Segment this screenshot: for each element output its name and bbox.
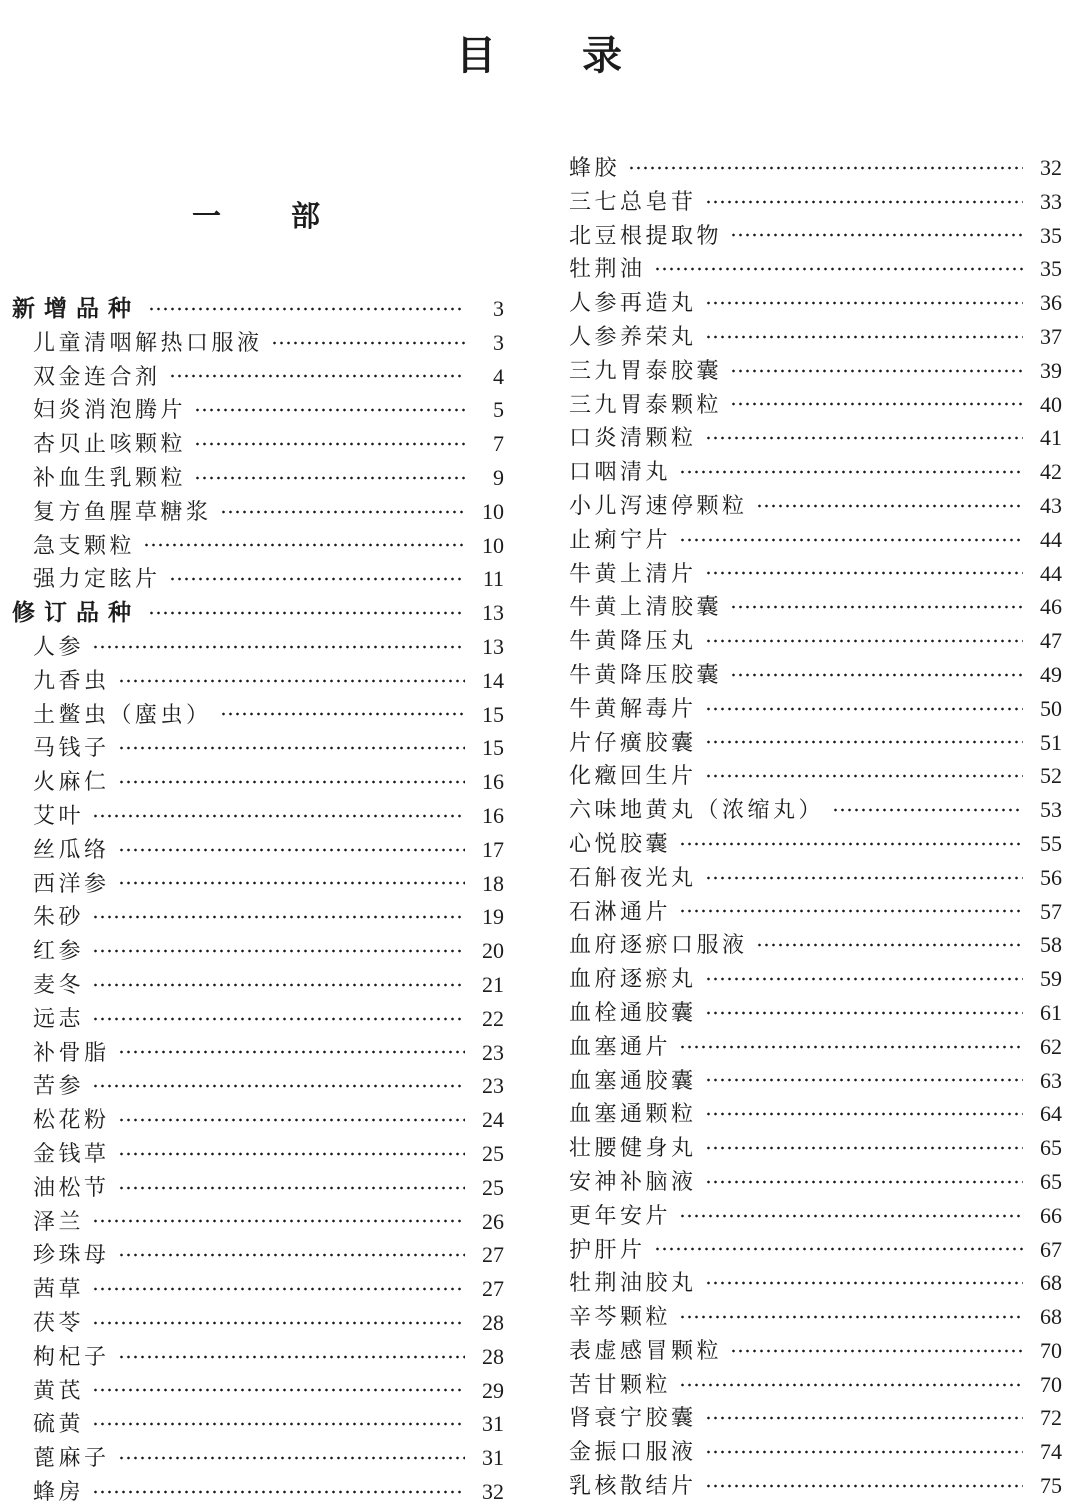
entry-page-number: 9 bbox=[478, 461, 504, 495]
toc-entry-row: 更年安片66 bbox=[548, 1199, 1062, 1233]
entry-title: 心悦胶囊 bbox=[569, 827, 671, 861]
entry-page-number: 68 bbox=[1036, 1266, 1062, 1300]
toc-entry-row: 牛黄上清片44 bbox=[548, 557, 1062, 591]
entry-title: 艾叶 bbox=[33, 799, 84, 833]
entry-page-number: 46 bbox=[1036, 590, 1062, 624]
entry-title: 蜂胶 bbox=[569, 151, 620, 185]
toc-entry-row: 茜草27 bbox=[12, 1272, 504, 1306]
entry-title: 麦冬 bbox=[33, 968, 84, 1002]
entry-title: 壮腰健身丸 bbox=[569, 1131, 697, 1165]
entry-page-number: 44 bbox=[1036, 557, 1062, 591]
dot-leader bbox=[628, 151, 1023, 185]
entry-page-number: 57 bbox=[1036, 895, 1062, 929]
entry-page-number: 5 bbox=[478, 393, 504, 427]
entry-page-number: 14 bbox=[478, 664, 504, 698]
dot-leader bbox=[194, 461, 465, 495]
entry-page-number: 65 bbox=[1036, 1165, 1062, 1199]
entry-title: 朱砂 bbox=[33, 900, 84, 934]
entry-title: 苦参 bbox=[33, 1069, 84, 1103]
toc-entry-row: 苦甘颗粒70 bbox=[548, 1368, 1062, 1402]
toc-entry-row: 麦冬21 bbox=[12, 968, 504, 1002]
dot-leader bbox=[92, 968, 465, 1002]
entry-page-number: 40 bbox=[1036, 388, 1062, 422]
entry-title: 三九胃泰胶囊 bbox=[569, 354, 722, 388]
toc-entry-row: 蜂胶32 bbox=[548, 151, 1062, 185]
toc-entry-row: 护肝片67 bbox=[548, 1233, 1062, 1267]
dot-leader bbox=[705, 1097, 1023, 1131]
dot-leader bbox=[92, 799, 465, 833]
dot-leader bbox=[92, 1272, 465, 1306]
entry-page-number: 58 bbox=[1036, 928, 1062, 962]
dot-leader bbox=[679, 1300, 1023, 1334]
entry-title: 珍珠母 bbox=[33, 1238, 110, 1272]
entry-page-number: 10 bbox=[478, 529, 504, 563]
dot-leader bbox=[730, 1334, 1023, 1368]
dot-leader bbox=[92, 630, 465, 664]
toc-entry-row: 马钱子15 bbox=[12, 731, 504, 765]
entry-page-number: 10 bbox=[478, 495, 504, 529]
dot-leader bbox=[92, 1002, 465, 1036]
dot-leader bbox=[705, 1064, 1023, 1098]
entry-page-number: 42 bbox=[1036, 455, 1062, 489]
entry-title: 肾衰宁胶囊 bbox=[569, 1401, 697, 1435]
entry-page-number: 68 bbox=[1036, 1300, 1062, 1334]
entry-page-number: 72 bbox=[1036, 1401, 1062, 1435]
entry-page-number: 47 bbox=[1036, 624, 1062, 658]
entry-page-number: 61 bbox=[1036, 996, 1062, 1030]
entry-page-number: 16 bbox=[478, 799, 504, 833]
toc-entry-row: 牛黄降压丸47 bbox=[548, 624, 1062, 658]
entry-title: 人参养荣丸 bbox=[569, 320, 697, 354]
entry-page-number: 3 bbox=[478, 326, 504, 360]
dot-leader bbox=[118, 1103, 465, 1137]
dot-leader bbox=[118, 1441, 465, 1475]
toc-entry-row: 人参养荣丸37 bbox=[548, 320, 1062, 354]
dot-leader bbox=[194, 427, 465, 461]
entry-page-number: 55 bbox=[1036, 827, 1062, 861]
toc-entry-row: 辛芩颗粒68 bbox=[548, 1300, 1062, 1334]
entry-page-number: 15 bbox=[478, 698, 504, 732]
toc-entry-row: 远志22 bbox=[12, 1002, 504, 1036]
dot-leader bbox=[705, 185, 1023, 219]
entry-page-number: 29 bbox=[478, 1374, 504, 1408]
entry-page-number: 32 bbox=[478, 1475, 504, 1508]
toc-entry-row: 小儿泻速停颗粒43 bbox=[548, 489, 1062, 523]
dot-leader bbox=[730, 590, 1023, 624]
dot-leader bbox=[271, 326, 465, 360]
entry-page-number: 56 bbox=[1036, 861, 1062, 895]
entry-title: 牛黄解毒片 bbox=[569, 692, 697, 726]
dot-leader bbox=[118, 1340, 465, 1374]
toc-entry-row: 人参13 bbox=[12, 630, 504, 664]
entry-page-number: 74 bbox=[1036, 1435, 1062, 1469]
entry-title: 新增品种 bbox=[12, 292, 140, 326]
entry-title: 辛芩颗粒 bbox=[569, 1300, 671, 1334]
toc-left-column: 新增品种3儿童清咽解热口服液3双金连合剂4妇炎消泡腾片5杏贝止咳颗粒7补血生乳颗… bbox=[12, 292, 504, 1508]
toc-entry-row: 茯苓28 bbox=[12, 1306, 504, 1340]
toc-entry-row: 石斛夜光丸56 bbox=[548, 861, 1062, 895]
entry-title: 石淋通片 bbox=[569, 895, 671, 929]
entry-page-number: 27 bbox=[478, 1238, 504, 1272]
dot-leader bbox=[169, 562, 465, 596]
toc-entry-row: 硫黄31 bbox=[12, 1407, 504, 1441]
dot-leader bbox=[705, 962, 1023, 996]
toc-section-row: 新增品种3 bbox=[12, 292, 504, 326]
entry-page-number: 65 bbox=[1036, 1131, 1062, 1165]
toc-entry-row: 杏贝止咳颗粒7 bbox=[12, 427, 504, 461]
entry-title: 火麻仁 bbox=[33, 765, 110, 799]
toc-entry-row: 补骨脂23 bbox=[12, 1036, 504, 1070]
entry-title: 片仔癀胶囊 bbox=[569, 726, 697, 760]
dot-leader bbox=[705, 421, 1023, 455]
toc-entry-row: 壮腰健身丸65 bbox=[548, 1131, 1062, 1165]
dot-leader bbox=[679, 827, 1023, 861]
entry-title: 红参 bbox=[33, 934, 84, 968]
entry-title: 复方鱼腥草糖浆 bbox=[33, 495, 212, 529]
entry-title: 修订品种 bbox=[12, 596, 140, 630]
toc-entry-row: 牛黄上清胶囊46 bbox=[548, 590, 1062, 624]
entry-title: 补骨脂 bbox=[33, 1036, 110, 1070]
entry-title: 茜草 bbox=[33, 1272, 84, 1306]
entry-title: 三九胃泰颗粒 bbox=[569, 388, 722, 422]
entry-title: 泽兰 bbox=[33, 1205, 84, 1239]
entry-page-number: 49 bbox=[1036, 658, 1062, 692]
toc-entry-row: 蓖麻子31 bbox=[12, 1441, 504, 1475]
toc-entry-row: 心悦胶囊55 bbox=[548, 827, 1062, 861]
dot-leader bbox=[730, 658, 1023, 692]
entry-page-number: 41 bbox=[1036, 421, 1062, 455]
entry-title: 蓖麻子 bbox=[33, 1441, 110, 1475]
dot-leader bbox=[92, 1374, 465, 1408]
dot-leader bbox=[118, 664, 465, 698]
dot-leader bbox=[148, 292, 465, 326]
entry-page-number: 22 bbox=[478, 1002, 504, 1036]
dot-leader bbox=[118, 1137, 465, 1171]
entry-page-number: 24 bbox=[478, 1103, 504, 1137]
entry-page-number: 27 bbox=[478, 1272, 504, 1306]
entry-title: 安神补脑液 bbox=[569, 1165, 697, 1199]
entry-title: 化癥回生片 bbox=[569, 759, 697, 793]
entry-page-number: 62 bbox=[1036, 1030, 1062, 1064]
entry-title: 妇炎消泡腾片 bbox=[33, 393, 186, 427]
toc-entry-row: 枸杞子28 bbox=[12, 1340, 504, 1374]
entry-title: 表虚感冒颗粒 bbox=[569, 1334, 722, 1368]
dot-leader bbox=[705, 726, 1023, 760]
dot-leader bbox=[169, 360, 465, 394]
dot-leader bbox=[705, 996, 1023, 1030]
dot-leader bbox=[705, 1435, 1023, 1469]
toc-entry-row: 六味地黄丸（浓缩丸）53 bbox=[548, 793, 1062, 827]
entry-page-number: 36 bbox=[1036, 286, 1062, 320]
entry-title: 黄芪 bbox=[33, 1374, 84, 1408]
entry-title: 九香虫 bbox=[33, 664, 110, 698]
toc-entry-row: 牡荆油胶丸68 bbox=[548, 1266, 1062, 1300]
dot-leader bbox=[143, 529, 465, 563]
entry-title: 牛黄上清片 bbox=[569, 557, 697, 591]
entry-title: 西洋参 bbox=[33, 867, 110, 901]
toc-entry-row: 松花粉24 bbox=[12, 1103, 504, 1137]
entry-title: 急支颗粒 bbox=[33, 529, 135, 563]
dot-leader bbox=[92, 1306, 465, 1340]
toc-entry-row: 人参再造丸36 bbox=[548, 286, 1062, 320]
entry-title: 杏贝止咳颗粒 bbox=[33, 427, 186, 461]
entry-title: 苦甘颗粒 bbox=[569, 1368, 671, 1402]
entry-page-number: 11 bbox=[478, 562, 504, 596]
entry-title: 血府逐瘀丸 bbox=[569, 962, 697, 996]
entry-page-number: 26 bbox=[478, 1205, 504, 1239]
dot-leader bbox=[118, 1238, 465, 1272]
entry-title: 牛黄降压丸 bbox=[569, 624, 697, 658]
entry-title: 石斛夜光丸 bbox=[569, 861, 697, 895]
dot-leader bbox=[756, 489, 1023, 523]
entry-page-number: 4 bbox=[478, 360, 504, 394]
dot-leader bbox=[92, 900, 465, 934]
entry-title: 蜂房 bbox=[33, 1475, 84, 1508]
entry-title: 金钱草 bbox=[33, 1137, 110, 1171]
toc-entry-row: 蜂房32 bbox=[12, 1475, 504, 1508]
dot-leader bbox=[730, 354, 1023, 388]
entry-page-number: 7 bbox=[478, 427, 504, 461]
entry-title: 丝瓜络 bbox=[33, 833, 110, 867]
entry-title: 儿童清咽解热口服液 bbox=[33, 326, 263, 360]
entry-title: 人参再造丸 bbox=[569, 286, 697, 320]
dot-leader bbox=[705, 320, 1023, 354]
entry-page-number: 13 bbox=[478, 596, 504, 630]
entry-title: 血栓通胶囊 bbox=[569, 996, 697, 1030]
entry-page-number: 63 bbox=[1036, 1064, 1062, 1098]
entry-title: 血塞通胶囊 bbox=[569, 1064, 697, 1098]
entry-title: 口咽清丸 bbox=[569, 455, 671, 489]
toc-entry-row: 苦参23 bbox=[12, 1069, 504, 1103]
toc-entry-row: 九香虫14 bbox=[12, 664, 504, 698]
toc-entry-row: 三九胃泰胶囊39 bbox=[548, 354, 1062, 388]
dot-leader bbox=[679, 1199, 1023, 1233]
entry-title: 血塞通片 bbox=[569, 1030, 671, 1064]
entry-title: 牛黄上清胶囊 bbox=[569, 590, 722, 624]
entry-page-number: 33 bbox=[1036, 185, 1062, 219]
toc-entry-row: 北豆根提取物35 bbox=[548, 219, 1062, 253]
dot-leader bbox=[92, 1069, 465, 1103]
dot-leader bbox=[730, 388, 1023, 422]
entry-page-number: 28 bbox=[478, 1306, 504, 1340]
entry-page-number: 53 bbox=[1036, 793, 1062, 827]
entry-title: 口炎清颗粒 bbox=[569, 421, 697, 455]
entry-page-number: 43 bbox=[1036, 489, 1062, 523]
entry-page-number: 67 bbox=[1036, 1233, 1062, 1267]
entry-title: 护肝片 bbox=[569, 1233, 646, 1267]
entry-page-number: 31 bbox=[478, 1407, 504, 1441]
entry-title: 强力定眩片 bbox=[33, 562, 161, 596]
entry-page-number: 75 bbox=[1036, 1469, 1062, 1503]
entry-page-number: 59 bbox=[1036, 962, 1062, 996]
dot-leader bbox=[654, 252, 1023, 286]
toc-entry-row: 肾衰宁胶囊72 bbox=[548, 1401, 1062, 1435]
dot-leader bbox=[705, 692, 1023, 726]
toc-entry-row: 黄芪29 bbox=[12, 1374, 504, 1408]
toc-entry-row: 三九胃泰颗粒40 bbox=[548, 388, 1062, 422]
dot-leader bbox=[194, 393, 465, 427]
dot-leader bbox=[679, 1368, 1023, 1402]
dot-leader bbox=[730, 219, 1023, 253]
toc-entry-row: 血塞通片62 bbox=[548, 1030, 1062, 1064]
toc-entry-row: 双金连合剂4 bbox=[12, 360, 504, 394]
entry-page-number: 39 bbox=[1036, 354, 1062, 388]
entry-title: 六味地黄丸（浓缩丸） bbox=[569, 793, 824, 827]
entry-title: 小儿泻速停颗粒 bbox=[569, 489, 748, 523]
dot-leader bbox=[679, 1030, 1023, 1064]
dot-leader bbox=[705, 1266, 1023, 1300]
toc-entry-row: 朱砂19 bbox=[12, 900, 504, 934]
entry-page-number: 64 bbox=[1036, 1097, 1062, 1131]
toc-entry-row: 血塞通颗粒64 bbox=[548, 1097, 1062, 1131]
dot-leader bbox=[756, 928, 1023, 962]
toc-section-row: 修订品种13 bbox=[12, 596, 504, 630]
toc-entry-row: 泽兰26 bbox=[12, 1205, 504, 1239]
dot-leader bbox=[705, 759, 1023, 793]
toc-entry-row: 石淋通片57 bbox=[548, 895, 1062, 929]
entry-page-number: 35 bbox=[1036, 252, 1062, 286]
toc-entry-row: 乳核散结片75 bbox=[548, 1469, 1062, 1503]
toc-entry-row: 补血生乳颗粒9 bbox=[12, 461, 504, 495]
entry-title: 茯苓 bbox=[33, 1306, 84, 1340]
entry-page-number: 66 bbox=[1036, 1199, 1062, 1233]
toc-entry-row: 火麻仁16 bbox=[12, 765, 504, 799]
entry-title: 油松节 bbox=[33, 1171, 110, 1205]
entry-page-number: 3 bbox=[478, 292, 504, 326]
dot-leader bbox=[220, 698, 465, 732]
dot-leader bbox=[118, 867, 465, 901]
toc-entry-row: 安神补脑液65 bbox=[548, 1165, 1062, 1199]
dot-leader bbox=[705, 1401, 1023, 1435]
entry-title: 更年安片 bbox=[569, 1199, 671, 1233]
toc-entry-row: 牛黄解毒片50 bbox=[548, 692, 1062, 726]
entry-page-number: 18 bbox=[478, 867, 504, 901]
dot-leader bbox=[679, 523, 1023, 557]
toc-entry-row: 西洋参18 bbox=[12, 867, 504, 901]
toc-entry-row: 金钱草25 bbox=[12, 1137, 504, 1171]
entry-title: 北豆根提取物 bbox=[569, 219, 722, 253]
entry-page-number: 70 bbox=[1036, 1368, 1062, 1402]
toc-entry-row: 口咽清丸42 bbox=[548, 455, 1062, 489]
dot-leader bbox=[679, 455, 1023, 489]
toc-entry-row: 强力定眩片11 bbox=[12, 562, 504, 596]
toc-entry-row: 丝瓜络17 bbox=[12, 833, 504, 867]
entry-page-number: 32 bbox=[1036, 151, 1062, 185]
dot-leader bbox=[705, 624, 1023, 658]
entry-page-number: 15 bbox=[478, 731, 504, 765]
dot-leader bbox=[705, 557, 1023, 591]
dot-leader bbox=[118, 731, 465, 765]
entry-title: 土鳖虫（䗪虫） bbox=[33, 698, 212, 732]
entry-page-number: 44 bbox=[1036, 523, 1062, 557]
toc-entry-row: 表虚感冒颗粒70 bbox=[548, 1334, 1062, 1368]
part-one-heading: 一 部 bbox=[12, 196, 504, 238]
toc-entry-row: 急支颗粒10 bbox=[12, 529, 504, 563]
toc-entry-row: 珍珠母27 bbox=[12, 1238, 504, 1272]
entry-page-number: 25 bbox=[478, 1137, 504, 1171]
toc-entry-row: 油松节25 bbox=[12, 1171, 504, 1205]
entry-page-number: 21 bbox=[478, 968, 504, 1002]
entry-page-number: 17 bbox=[478, 833, 504, 867]
dot-leader bbox=[148, 596, 465, 630]
toc-entry-row: 血府逐瘀丸59 bbox=[548, 962, 1062, 996]
entry-title: 人参 bbox=[33, 630, 84, 664]
dot-leader bbox=[118, 1036, 465, 1070]
entry-page-number: 52 bbox=[1036, 759, 1062, 793]
entry-page-number: 13 bbox=[478, 630, 504, 664]
toc-entry-row: 止痢宁片44 bbox=[548, 523, 1062, 557]
dot-leader bbox=[705, 1165, 1023, 1199]
entry-page-number: 70 bbox=[1036, 1334, 1062, 1368]
dot-leader bbox=[654, 1233, 1023, 1267]
toc-entry-row: 艾叶16 bbox=[12, 799, 504, 833]
dot-leader bbox=[118, 833, 465, 867]
toc-entry-row: 牛黄降压胶囊49 bbox=[548, 658, 1062, 692]
entry-title: 乳核散结片 bbox=[569, 1469, 697, 1503]
entry-page-number: 51 bbox=[1036, 726, 1062, 760]
dot-leader bbox=[705, 286, 1023, 320]
toc-entry-row: 血府逐瘀口服液58 bbox=[548, 928, 1062, 962]
entry-page-number: 37 bbox=[1036, 320, 1062, 354]
dot-leader bbox=[118, 765, 465, 799]
toc-entry-row: 三七总皂苷33 bbox=[548, 185, 1062, 219]
toc-right-column: 蜂胶32三七总皂苷33北豆根提取物35牡荆油35人参再造丸36人参养荣丸37三九… bbox=[548, 151, 1062, 1503]
dot-leader bbox=[832, 793, 1023, 827]
dot-leader bbox=[92, 1475, 465, 1508]
toc-entry-row: 红参20 bbox=[12, 934, 504, 968]
entry-page-number: 20 bbox=[478, 934, 504, 968]
entry-title: 枸杞子 bbox=[33, 1340, 110, 1374]
dot-leader bbox=[220, 495, 465, 529]
page-title: 目 录 bbox=[0, 28, 1080, 84]
entry-title: 马钱子 bbox=[33, 731, 110, 765]
entry-title: 牡荆油胶丸 bbox=[569, 1266, 697, 1300]
entry-title: 牛黄降压胶囊 bbox=[569, 658, 722, 692]
entry-page-number: 50 bbox=[1036, 692, 1062, 726]
toc-entry-row: 血栓通胶囊61 bbox=[548, 996, 1062, 1030]
dot-leader bbox=[705, 861, 1023, 895]
toc-entry-row: 口炎清颗粒41 bbox=[548, 421, 1062, 455]
entry-title: 血塞通颗粒 bbox=[569, 1097, 697, 1131]
toc-entry-row: 片仔癀胶囊51 bbox=[548, 726, 1062, 760]
entry-title: 双金连合剂 bbox=[33, 360, 161, 394]
toc-entry-row: 儿童清咽解热口服液3 bbox=[12, 326, 504, 360]
entry-title: 三七总皂苷 bbox=[569, 185, 697, 219]
entry-page-number: 28 bbox=[478, 1340, 504, 1374]
toc-entry-row: 牡荆油35 bbox=[548, 252, 1062, 286]
entry-title: 牡荆油 bbox=[569, 252, 646, 286]
toc-entry-row: 土鳖虫（䗪虫）15 bbox=[12, 698, 504, 732]
dot-leader bbox=[705, 1131, 1023, 1165]
entry-title: 远志 bbox=[33, 1002, 84, 1036]
dot-leader bbox=[705, 1469, 1023, 1503]
entry-page-number: 25 bbox=[478, 1171, 504, 1205]
entry-title: 血府逐瘀口服液 bbox=[569, 928, 748, 962]
entry-page-number: 31 bbox=[478, 1441, 504, 1475]
entry-title: 止痢宁片 bbox=[569, 523, 671, 557]
toc-entry-row: 血塞通胶囊63 bbox=[548, 1064, 1062, 1098]
entry-page-number: 16 bbox=[478, 765, 504, 799]
dot-leader bbox=[118, 1171, 465, 1205]
entry-title: 硫黄 bbox=[33, 1407, 84, 1441]
dot-leader bbox=[92, 1205, 465, 1239]
entry-title: 松花粉 bbox=[33, 1103, 110, 1137]
entry-title: 金振口服液 bbox=[569, 1435, 697, 1469]
toc-entry-row: 金振口服液74 bbox=[548, 1435, 1062, 1469]
toc-page: 目 录 一 部 新增品种3儿童清咽解热口服液3双金连合剂4妇炎消泡腾片5杏贝止咳… bbox=[0, 0, 1080, 1508]
toc-entry-row: 复方鱼腥草糖浆10 bbox=[12, 495, 504, 529]
dot-leader bbox=[92, 934, 465, 968]
